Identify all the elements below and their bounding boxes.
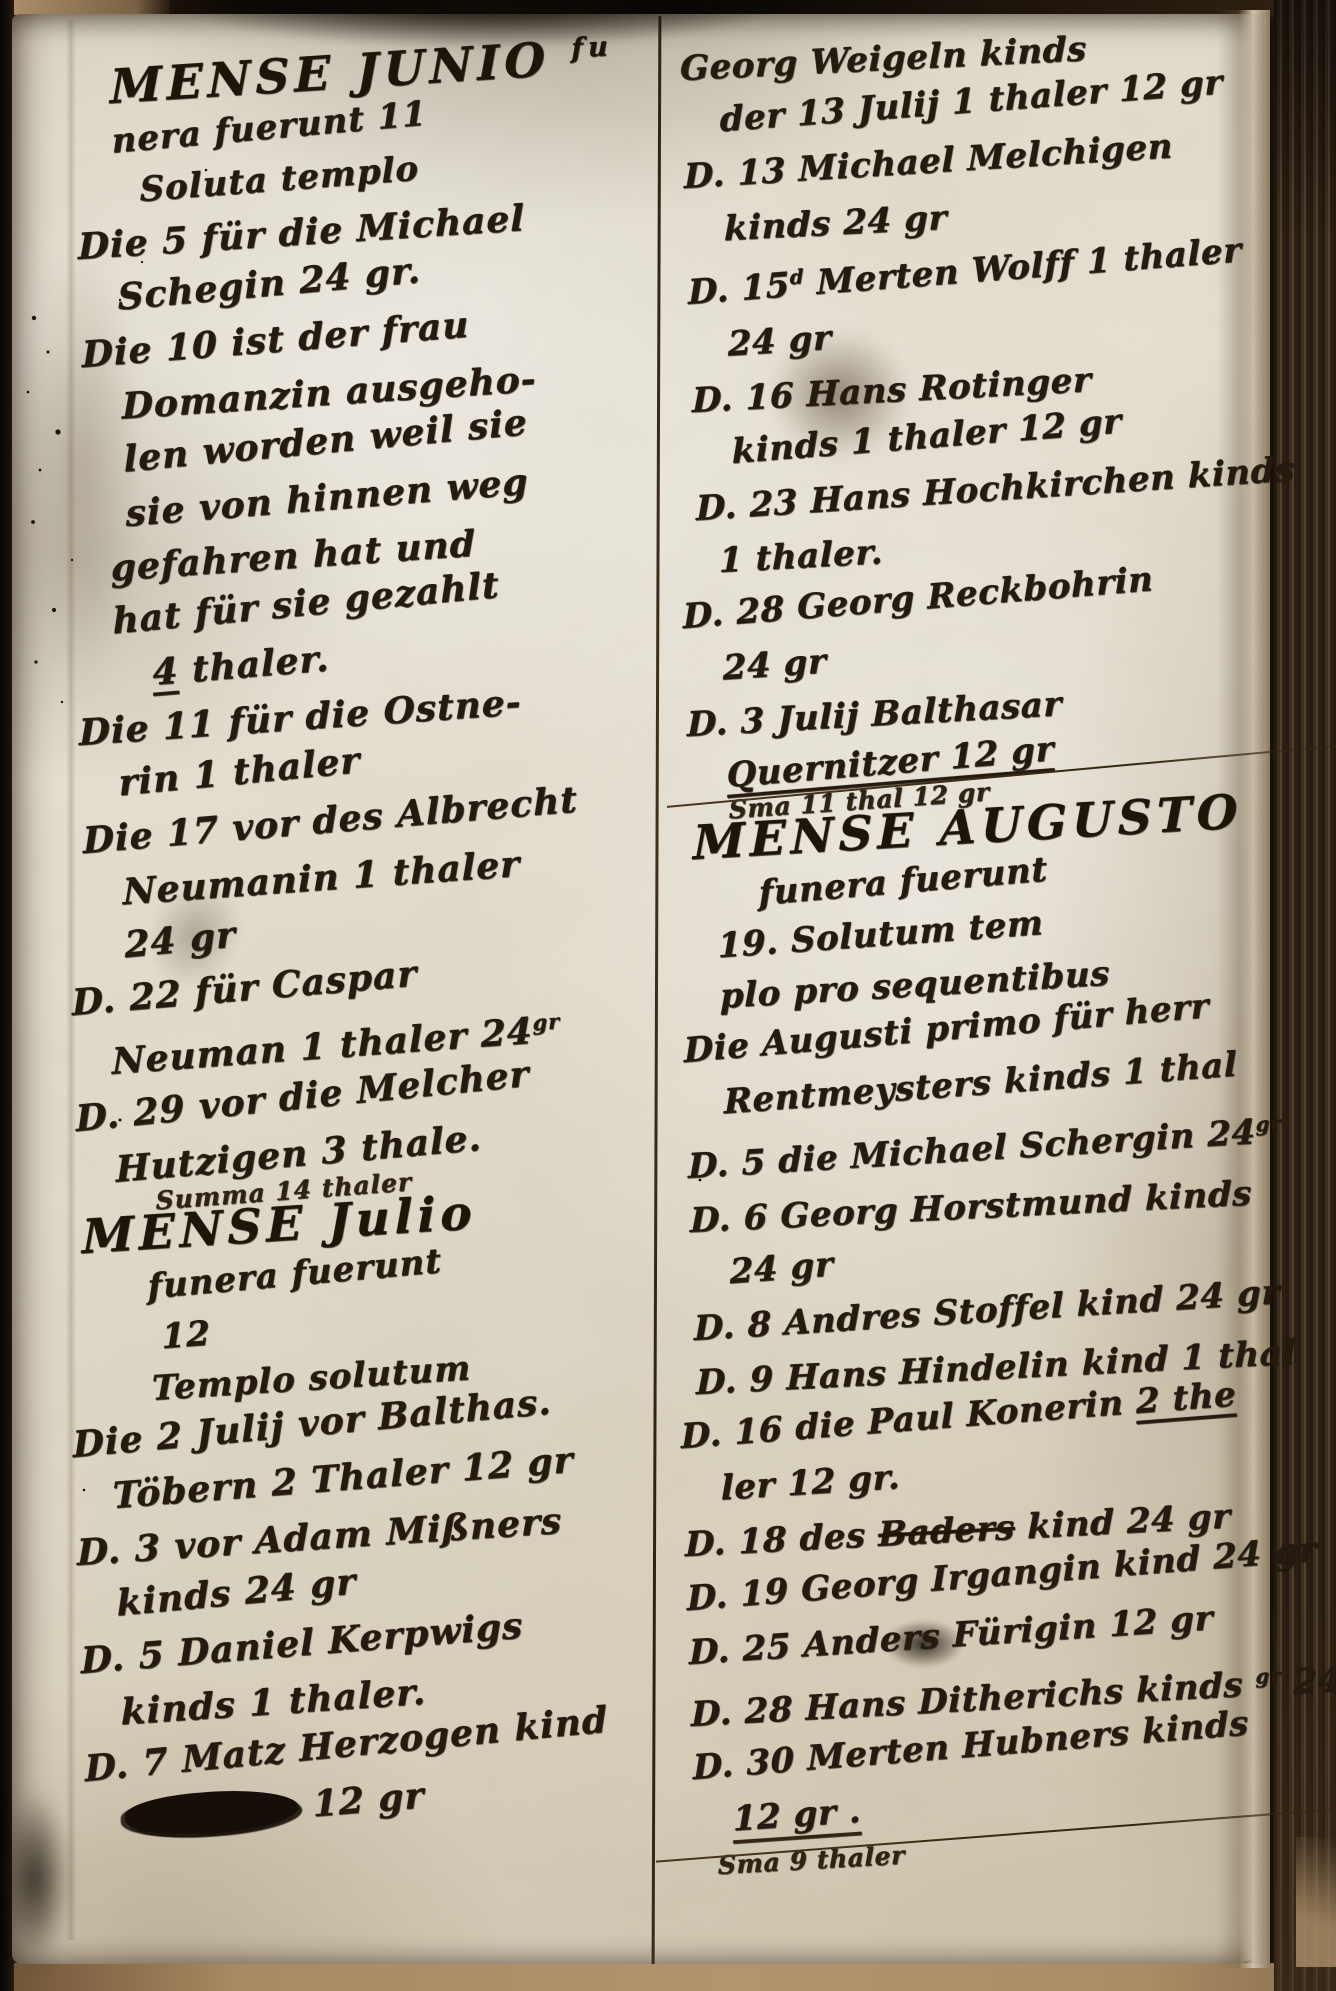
table-surface-bottom bbox=[0, 1963, 1336, 1991]
ink-segment: 24 gr bbox=[729, 1244, 833, 1292]
ink-segment: ler 12 gr. bbox=[721, 1457, 901, 1509]
ink-segment: 24 gr bbox=[728, 318, 832, 365]
ink-segment: 24 gr bbox=[723, 641, 827, 688]
ink-segment: 24 bbox=[1281, 1659, 1336, 1702]
ink-segment: 24 gr bbox=[124, 914, 237, 967]
ink-segment-sup: gr bbox=[532, 1009, 560, 1036]
ink-segment: 12 bbox=[161, 1313, 211, 1357]
ink-segment: Sma 9 thaler bbox=[718, 1841, 905, 1880]
ink-segment-sup: fu bbox=[571, 30, 613, 65]
ink-segment: D. 18 des bbox=[685, 1514, 878, 1564]
ink-segment-sup: d bbox=[789, 264, 804, 289]
right-column: Georg Weigeln kindsder 13 Julij 1 thaler… bbox=[688, 42, 1288, 1887]
left-column: MENSE JUNIO funera fuerunt 11Soluta temp… bbox=[80, 50, 655, 1850]
ink-segment-sup: gr bbox=[1256, 1111, 1282, 1137]
ink-segment: 12 gr . bbox=[733, 1791, 862, 1840]
ink-segment-u: 2 the bbox=[1135, 1374, 1236, 1422]
manuscript-photo: MENSE JUNIO funera fuerunt 11Soluta temp… bbox=[0, 0, 1336, 1991]
table-surface-corner bbox=[1296, 1837, 1336, 1967]
ink-segment: D. 15 bbox=[687, 265, 790, 313]
ink-segment-u: 4 bbox=[152, 650, 179, 694]
ink-segment: thaler. bbox=[178, 638, 330, 692]
ink-segment-blot: weigele bbox=[124, 1784, 300, 1840]
ink-segment-sup: gr bbox=[1256, 1663, 1281, 1688]
ink-segment: 12 gr bbox=[299, 1774, 425, 1826]
table-surface-top bbox=[0, 0, 170, 15]
ink-segment: 1 thaler. bbox=[719, 532, 883, 581]
